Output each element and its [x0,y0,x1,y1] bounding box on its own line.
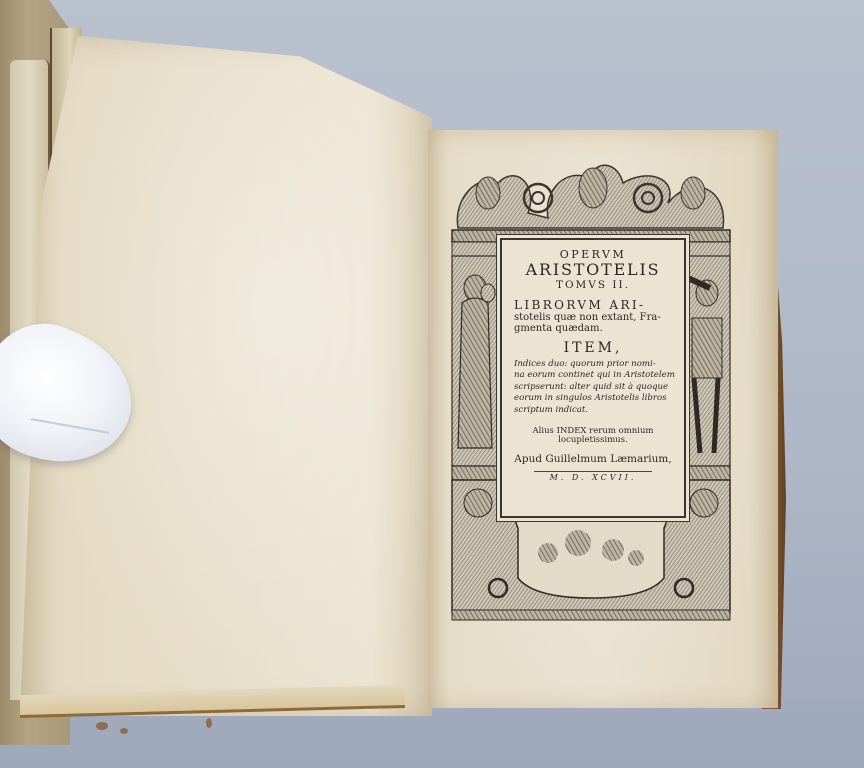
title-aristotelis: ARISTOTELIS [502,262,684,279]
title-subtitle-1: stotelis quæ non extant, Fra- [502,313,684,324]
title-italic-line: scriptum indicat. [502,405,684,417]
title-italic-line: Indices duo: quorum prior nomi- [502,359,684,371]
title-operum: OPERVM [502,249,684,261]
title-date: M. D. XCVII. [534,471,653,482]
title-italic-line: na eorum continet qui in Aristotelem [502,370,684,382]
title-item: ITEM, [502,341,684,356]
title-subtitle-2: gmenta quædam. [502,324,684,335]
title-locupletissimus: locupletissimus. [502,436,684,445]
foxing-stain [120,728,128,734]
title-tomus: TOMVS II. [502,280,684,291]
top-cresting-ornament [457,165,723,228]
foxing-stain [206,718,212,728]
title-librorum: LIBRORVM ARI- [502,299,684,312]
title-imprint: Apud Guillelmum Læmarium, [502,454,684,465]
left-caryatid-figure [452,256,498,466]
title-italic-line: eorum in singulos Aristotelis libros [502,393,684,405]
title-italic-line: scripserunt: alter quid sit à quoque [502,382,684,394]
title-cartouche: OPERVM ARISTOTELIS TOMVS II. LIBRORVM AR… [500,238,686,518]
foxing-stain [96,722,108,730]
